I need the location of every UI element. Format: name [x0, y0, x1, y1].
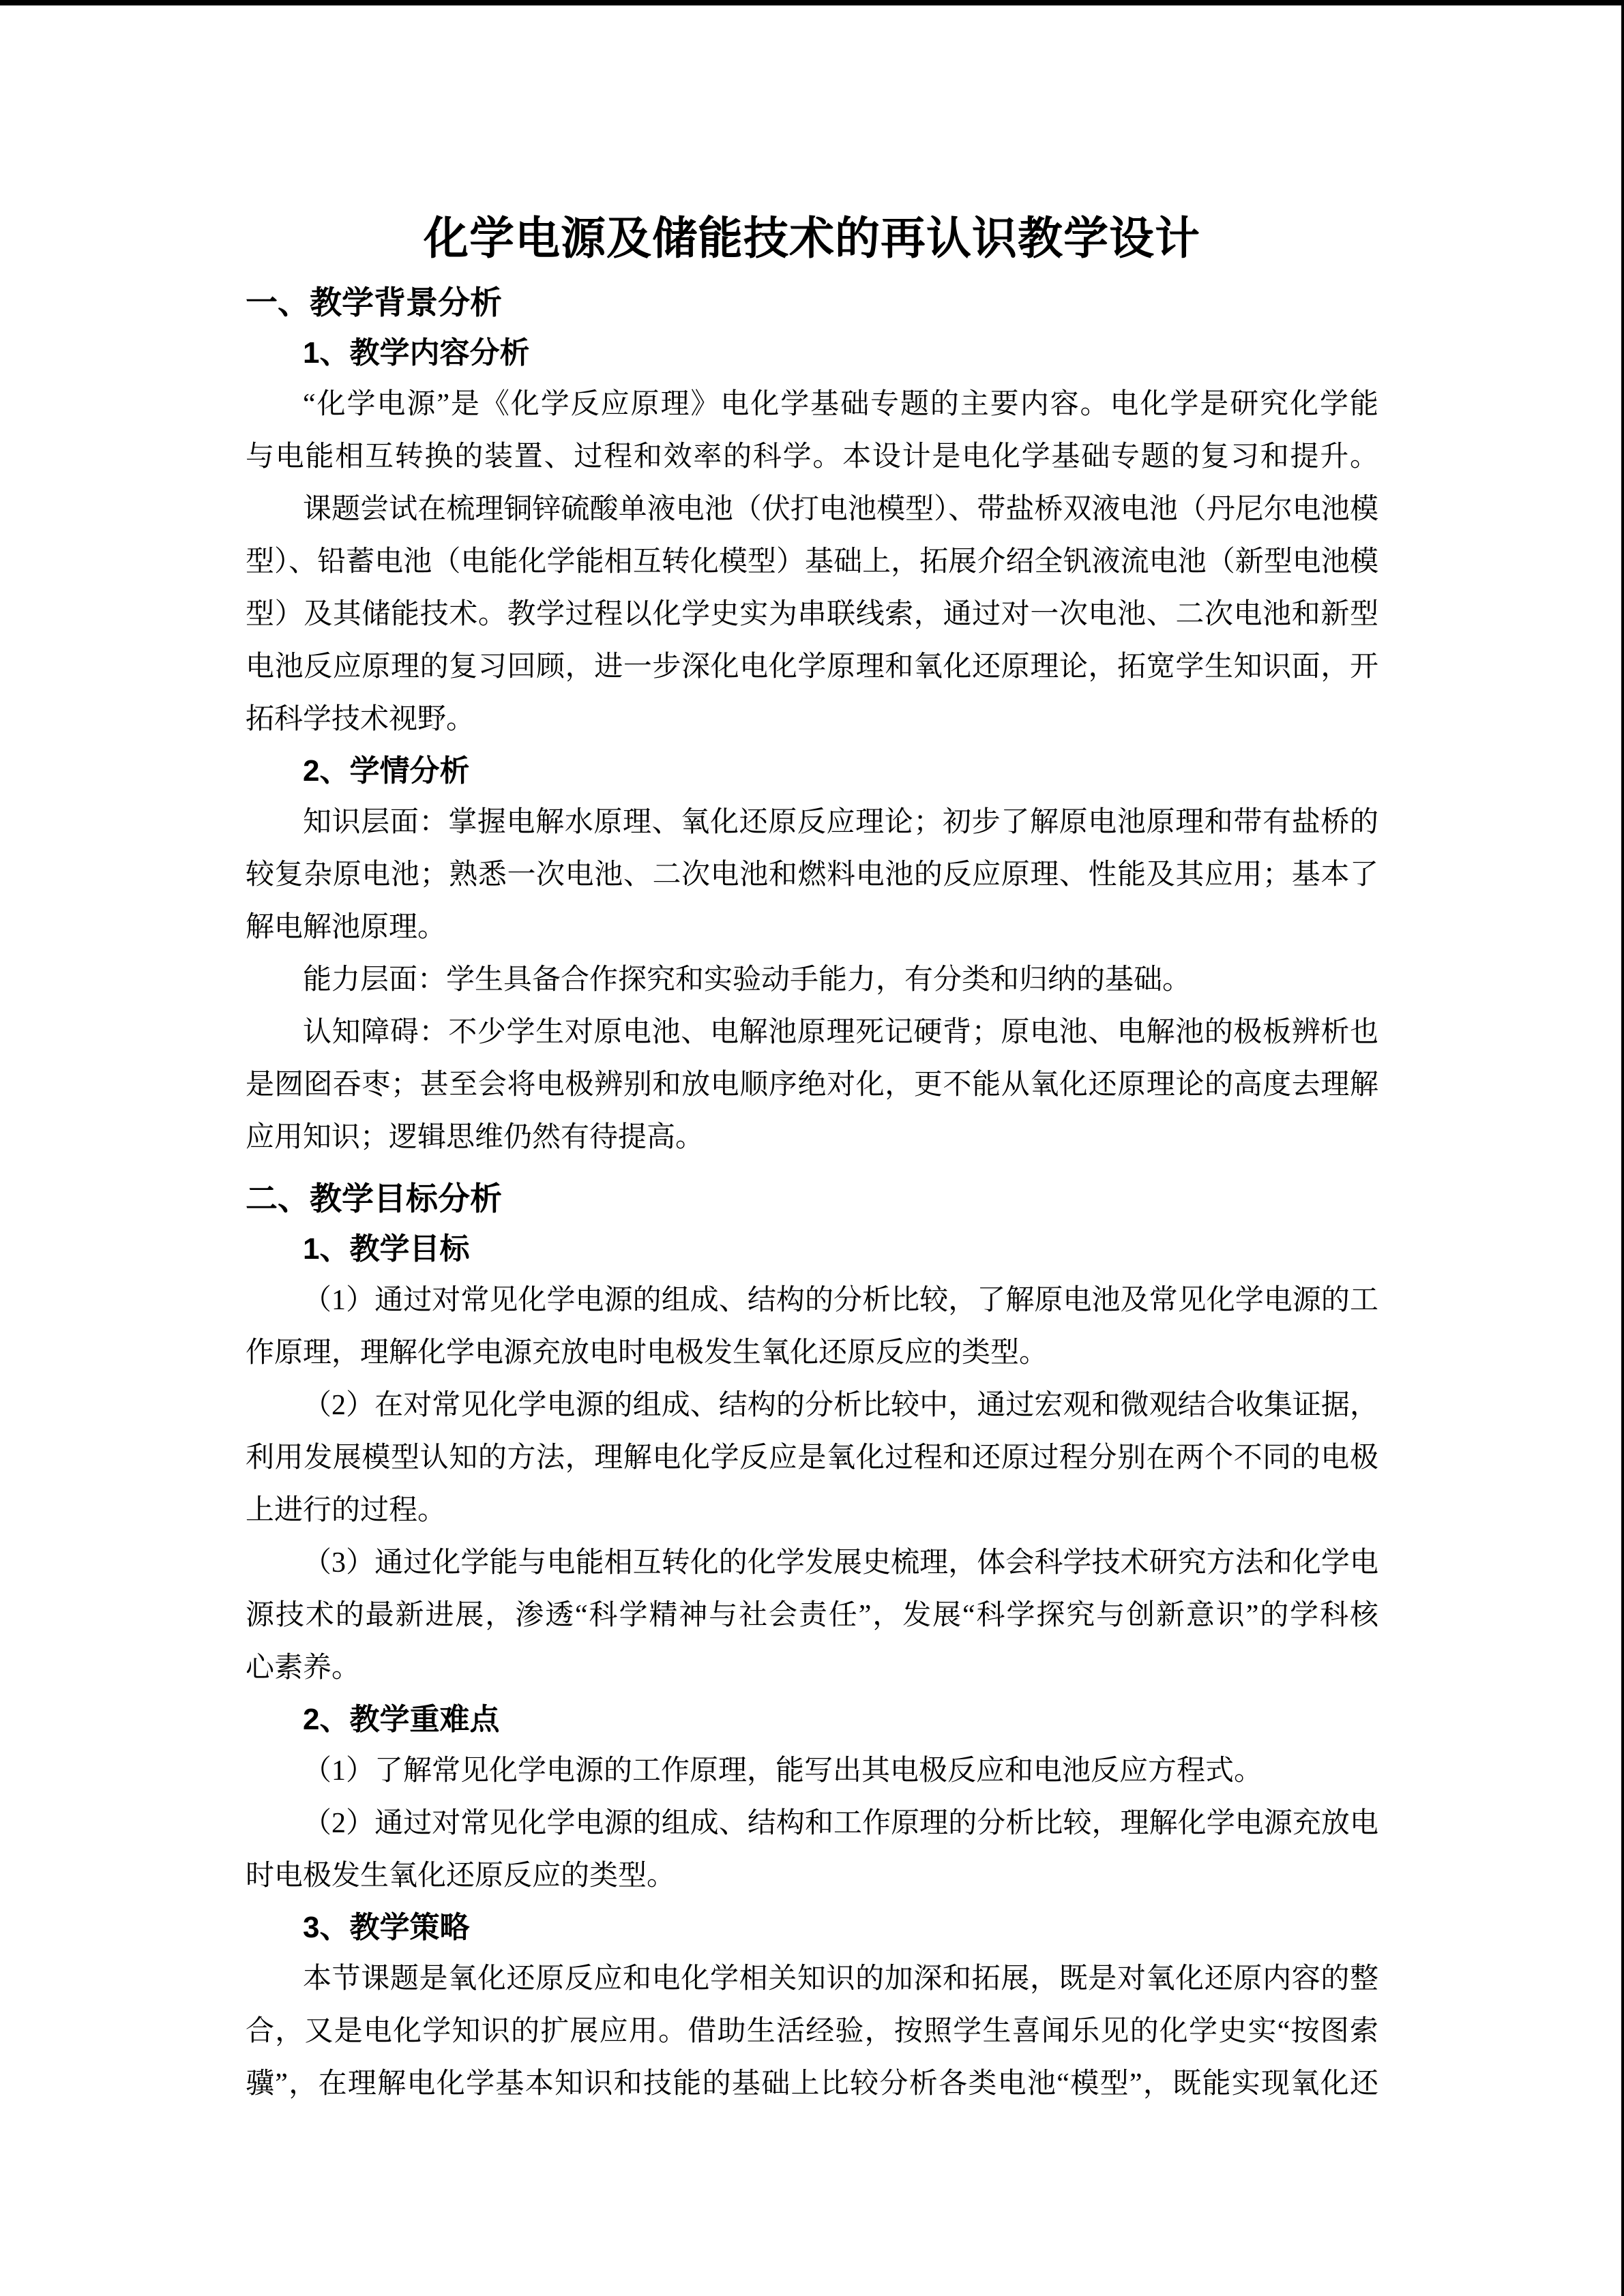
section-heading-1: 一、教学背景分析	[246, 278, 1378, 328]
document-page: 化学电源及储能技术的再认识教学设计 一、教学背景分析 1、教学内容分析 “化学电…	[0, 0, 1624, 2296]
paragraph-line: 本节课题是氧化还原反应和电化学相关知识的加深和拓展，既是对氧化还原内容的整	[246, 1953, 1378, 2006]
paragraph-line: 电池反应原理的复习回顾，进一步深化电化学原理和氧化还原理论，拓宽学生知识面，开	[246, 641, 1378, 694]
paragraph-line: 解电解池原理。	[246, 901, 1378, 954]
paragraph-line: 型）、铅蓄电池（电能化学能相互转化模型）基础上，拓展介绍全钒液流电池（新型电池模	[246, 536, 1378, 588]
paragraph-line: 合，又是电化学知识的扩展应用。借助生活经验，按照学生喜闻乐见的化学史实“按图索	[246, 2006, 1378, 2058]
document-content: 化学电源及储能技术的再认识教学设计 一、教学背景分析 1、教学内容分析 “化学电…	[0, 0, 1624, 2111]
paragraph-line: 课题尝试在梳理铜锌硫酸单液电池（伏打电池模型）、带盐桥双液电池（丹尼尔电池模	[246, 483, 1378, 536]
paragraph-line: 心素养。	[246, 1642, 1378, 1695]
paragraph-line: 骥”，在理解电化学基本知识和技能的基础上比较分析各类电池“模型”，既能实现氧化还	[246, 2058, 1378, 2111]
paragraph-line: 上进行的过程。	[246, 1485, 1378, 1537]
paragraph-line: 应用知识；逻辑思维仍然有待提高。	[246, 1112, 1378, 1164]
paragraph-line: 较复杂原电池；熟悉一次电池、二次电池和燃料电池的反应原理、性能及其应用；基本了	[246, 849, 1378, 901]
subsection-heading-2-2: 2、教学重难点	[246, 1695, 1378, 1745]
paragraph-line: 认知障碍：不少学生对原电池、电解池原理死记硬背；原电池、电解池的极板辨析也	[246, 1007, 1378, 1059]
subsection-heading-1-1: 1、教学内容分析	[246, 328, 1378, 378]
subsection-heading-1-2: 2、学情分析	[246, 746, 1378, 796]
paragraph-line: （3）通过化学能与电能相互转化的化学发展史梳理，体会科学技术研究方法和化学电	[246, 1537, 1378, 1590]
paragraph-line: （2）在对常见化学电源的组成、结构的分析比较中，通过宏观和微观结合收集证据，	[246, 1380, 1378, 1432]
page-top-edge	[0, 0, 1624, 5]
page-right-edge	[1621, 0, 1624, 2296]
paragraph-line: 是囫囵吞枣；甚至会将电极辨别和放电顺序绝对化，更不能从氧化还原理论的高度去理解	[246, 1059, 1378, 1112]
section-heading-2: 二、教学目标分析	[246, 1174, 1378, 1224]
paragraph-line: “化学电源”是《化学反应原理》电化学基础专题的主要内容。电化学是研究化学能	[246, 378, 1378, 431]
paragraph-line: 型）及其储能技术。教学过程以化学史实为串联线索，通过对一次电池、二次电池和新型	[246, 588, 1378, 641]
paragraph-line: （2）通过对常见化学电源的组成、结构和工作原理的分析比较，理解化学电源充放电	[246, 1798, 1378, 1850]
paragraph-line: 知识层面：掌握电解水原理、氧化还原反应理论；初步了解原电池原理和带有盐桥的	[246, 796, 1378, 849]
paragraph-line: 源技术的最新进展，渗透“科学精神与社会责任”，发展“科学探究与创新意识”的学科核	[246, 1590, 1378, 1642]
paragraph-line: 拓科学技术视野。	[246, 694, 1378, 746]
paragraph-line: 作原理，理解化学电源充放电时电极发生氧化还原反应的类型。	[246, 1327, 1378, 1380]
paragraph-line: 时电极发生氧化还原反应的类型。	[246, 1850, 1378, 1903]
paragraph-line: 利用发展模型认知的方法，理解电化学反应是氧化过程和还原过程分别在两个不同的电极	[246, 1432, 1378, 1485]
paragraph-line: 能力层面：学生具备合作探究和实验动手能力，有分类和归纳的基础。	[246, 954, 1378, 1007]
document-title: 化学电源及储能技术的再认识教学设计	[246, 208, 1378, 268]
subsection-heading-2-1: 1、教学目标	[246, 1224, 1378, 1274]
paragraph-line: 与电能相互转换的装置、过程和效率的科学。本设计是电化学基础专题的复习和提升。	[246, 431, 1378, 483]
paragraph-line: （1）了解常见化学电源的工作原理，能写出其电极反应和电池反应方程式。	[246, 1745, 1378, 1798]
subsection-heading-2-3: 3、教学策略	[246, 1903, 1378, 1953]
paragraph-line: （1）通过对常见化学电源的组成、结构的分析比较，了解原电池及常见化学电源的工	[246, 1274, 1378, 1327]
